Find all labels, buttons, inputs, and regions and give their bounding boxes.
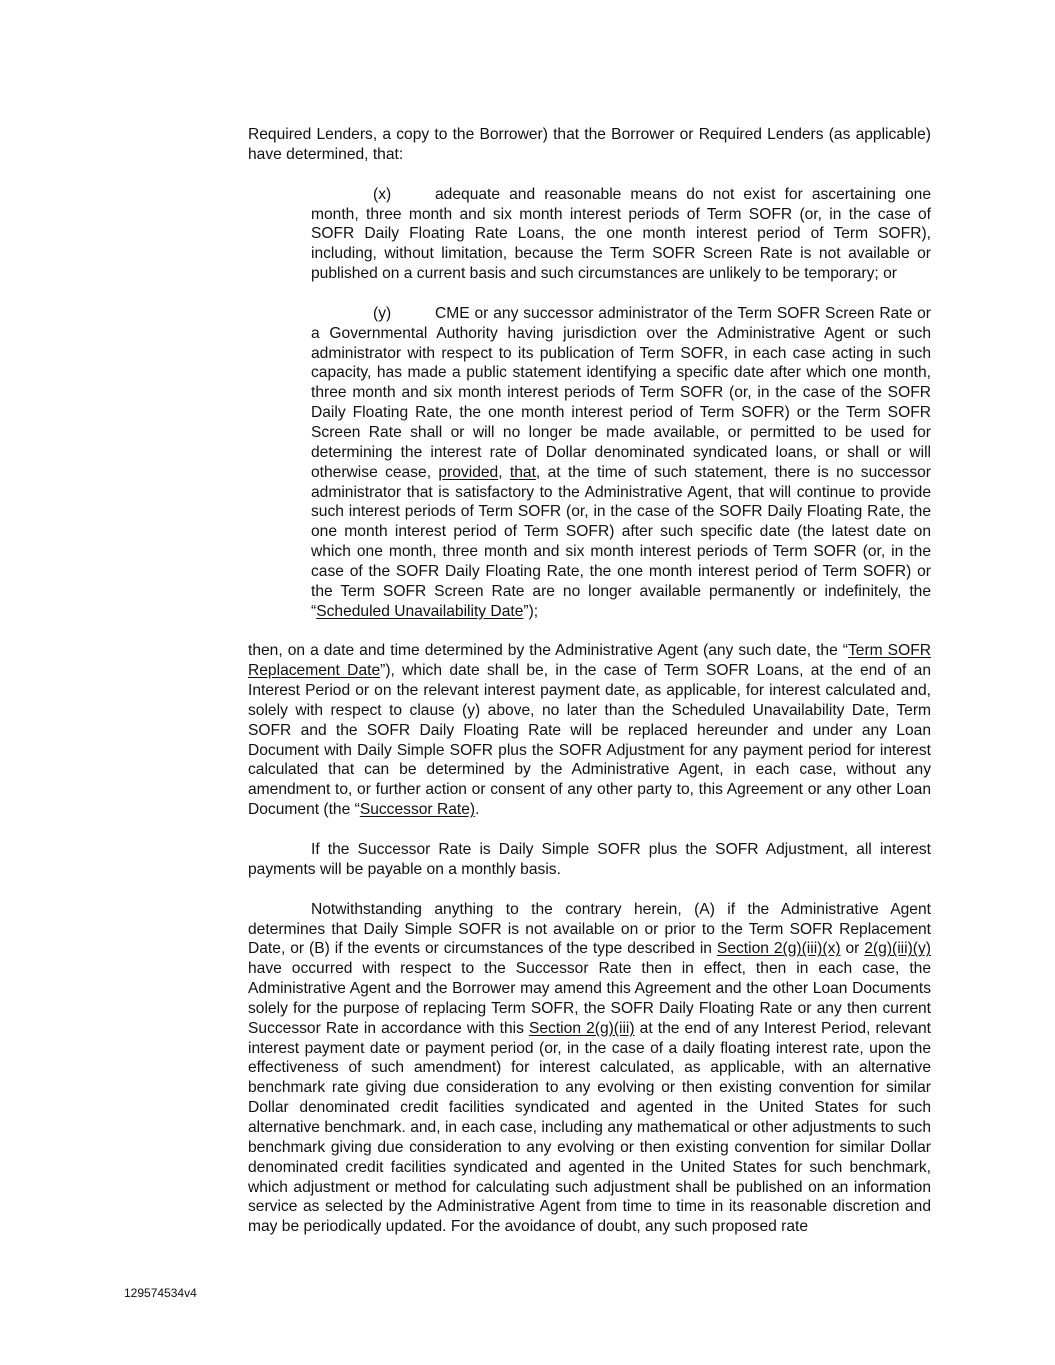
then-text-c: .: [475, 801, 479, 818]
that-term: that: [510, 464, 536, 481]
clause-y: (y)CME or any successor administrator of…: [311, 304, 931, 622]
provided-term: provided: [438, 464, 498, 481]
clause-y-text-c: ”);: [523, 603, 538, 620]
footer-document-id: 129574534v4: [124, 1286, 197, 1300]
clause-y-text-a: CME or any successor administrator of th…: [311, 305, 931, 481]
paragraph-notwithstanding: Notwithstanding anything to the contrary…: [248, 900, 931, 1237]
section-reference-3: Section 2(g)(iii): [529, 1020, 635, 1037]
paragraph-if-successor: If the Successor Rate is Daily Simple SO…: [248, 840, 931, 880]
clause-y-label: (y): [373, 304, 435, 324]
clause-x: (x)adequate and reasonable means do not …: [311, 185, 931, 284]
notwithstanding-text-b: or: [841, 940, 865, 957]
clause-y-text-b: , at the time of such statement, there i…: [311, 464, 931, 620]
notwithstanding-text-d: at the end of any Interest Period, relev…: [248, 1020, 931, 1235]
defined-term-scheduled-unavailability-date: Scheduled Unavailability Date: [316, 603, 523, 620]
document-body: Required Lenders, a copy to the Borrower…: [248, 125, 931, 1237]
defined-term-successor-rate: Successor Rate): [360, 801, 475, 818]
clause-x-label: (x): [373, 185, 435, 205]
then-text-b: ”), which date shall be, in the case of …: [248, 662, 931, 818]
paragraph-then: then, on a date and time determined by t…: [248, 641, 931, 820]
section-reference-1: Section 2(g)(iii)(x): [717, 940, 841, 957]
section-reference-2: 2(g)(iii)(y): [864, 940, 931, 957]
paragraph-intro: Required Lenders, a copy to the Borrower…: [248, 125, 931, 165]
then-text-a: then, on a date and time determined by t…: [248, 642, 848, 659]
separator: ,: [498, 464, 510, 481]
document-page: Required Lenders, a copy to the Borrower…: [0, 0, 1055, 1365]
